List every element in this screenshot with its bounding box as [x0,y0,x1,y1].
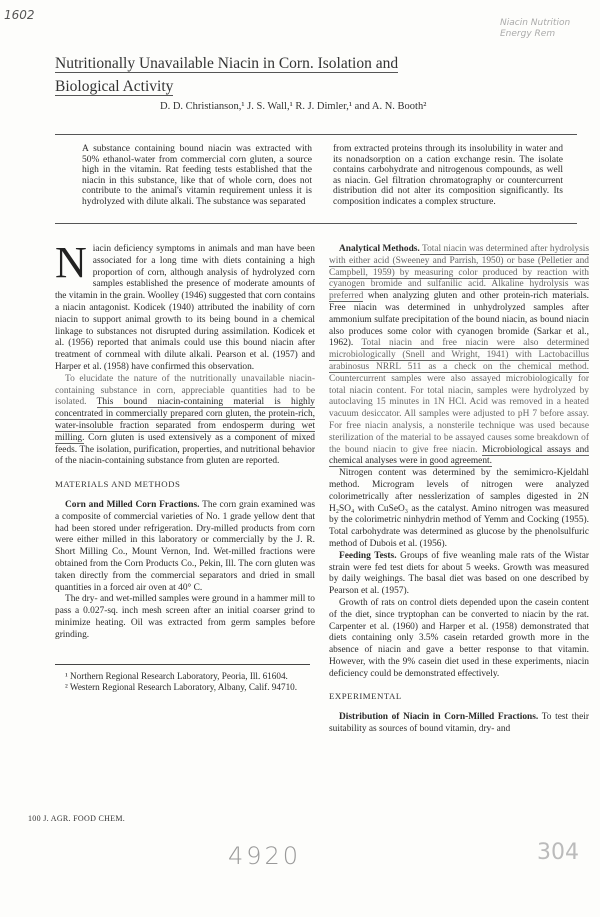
subsection-heading-corn: Corn and Milled Corn Fractions. [65,500,200,510]
corn-paragraph-2: The dry- and wet-milled samples were gro… [55,594,315,641]
title-line-2: Biological Activity [55,78,173,96]
abstract-left-column: A substance containing bound niacin was … [82,144,312,207]
growth-paragraph: Growth of rats on control diets depended… [329,598,589,681]
handwritten-number-right: 304 [537,840,579,865]
analytical-paragraph: Analytical Methods. Total niacin was det… [329,244,589,468]
title-line-1: Nutritionally Unavailable Niacin in Corn… [55,55,398,73]
subsection-heading-analytical: Analytical Methods. [339,244,420,254]
left-column: Niacin deficiency symptoms in animals an… [55,244,315,694]
feeding-paragraph: Feeding Tests. Groups of five weanling m… [329,551,589,598]
handwritten-number-center: 4920 [228,842,301,870]
footnote-1: ¹ Northern Regional Research Laboratory,… [55,671,315,683]
paper-title: Nutritionally Unavailable Niacin in Corn… [55,52,415,98]
page-footer: 100 J. AGR. FOOD CHEM. [28,814,125,823]
author-list: D. D. Christianson,¹ J. S. Wall,¹ R. J. … [160,101,426,112]
corn-paragraph-1: Corn and Milled Corn Fractions. The corn… [55,500,315,594]
nitrogen-paragraph: Nitrogen content was determined by the s… [329,468,589,551]
right-column: Analytical Methods. Total niacin was det… [329,244,589,736]
distribution-paragraph: Distribution of Niacin in Corn-Milled Fr… [329,712,589,736]
footnote-2: ² Western Regional Research Laboratory, … [55,682,315,694]
abstract-box: A substance containing bound niacin was … [55,134,577,224]
section-heading-experimental: EXPERIMENTAL [329,691,589,703]
footnote-divider [55,664,310,665]
handwritten-margin-note: Niacin Nutrition Energy Rem [500,18,595,40]
abstract-right-column: from extracted proteins through its inso… [333,144,563,207]
section-heading-materials: MATERIALS AND METHODS [55,479,315,491]
subsection-heading-feeding: Feeding Tests. [339,551,397,561]
subsection-heading-distribution: Distribution of Niacin in Corn-Milled Fr… [339,712,538,722]
intro-paragraph-1: Niacin deficiency symptoms in animals an… [55,244,315,374]
handwritten-page-number: 1602 [4,8,35,22]
intro-paragraph-2: To elucidate the nature of the nutrition… [55,374,315,468]
drop-cap: N [55,245,87,281]
